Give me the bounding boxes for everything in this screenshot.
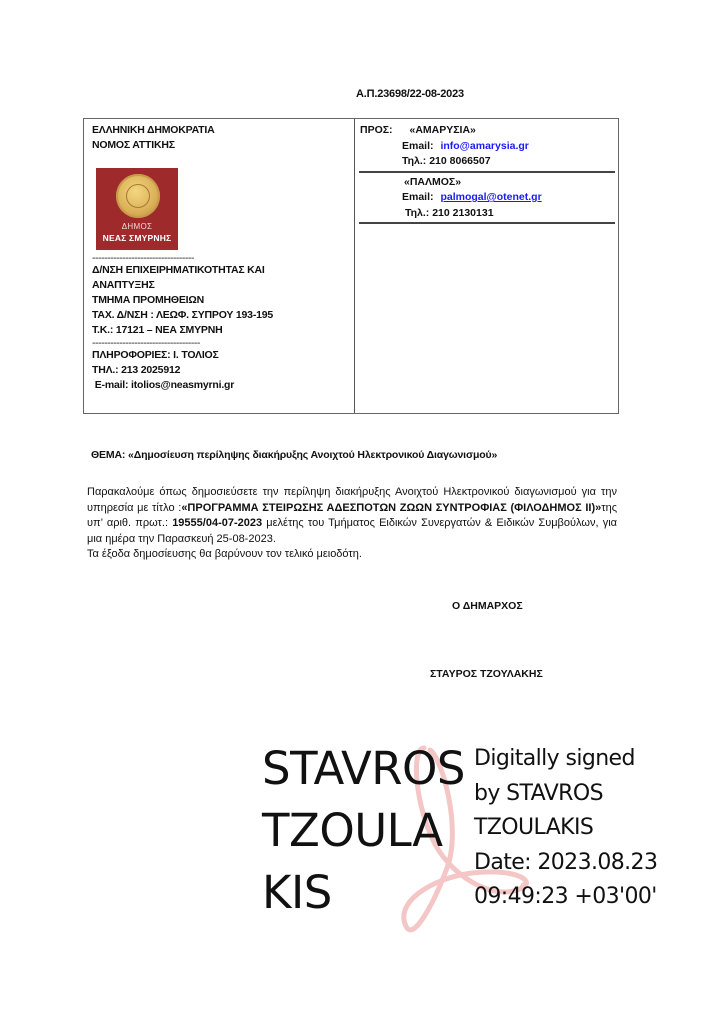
signatory-name: ΣΤΑΥΡΟΣ ΤΖΟΥΛΑΚΗΣ <box>430 668 543 680</box>
postal-code-line: Τ.Κ.: 17121 – ΝΕΑ ΣΜΥΡΝΗ <box>92 323 273 338</box>
signature-info-line: by STAVROS <box>474 777 657 812</box>
department-line: ΑΝΑΠΤΥΞΗΣ <box>92 278 273 293</box>
digital-signature: STAVROS TZOULA KIS Digitally signed by S… <box>262 738 682 928</box>
reference-number: Α.Π.23698/22-08-2023 <box>356 88 464 100</box>
signatory-title: Ο ΔΗΜΑΡΧΟΣ <box>452 600 523 612</box>
recipient-email-label: Email: <box>402 140 434 152</box>
recipient-divider <box>359 171 615 173</box>
sender-block: ΕΛΛΗΝΙΚΗ ΔΗΜΟΚΡΑΤΙΑ ΝΟΜΟΣ ΑΤΤΙΚΗΣ <box>92 123 214 153</box>
logo-text-dimos: ΔΗΜΟΣ <box>96 222 178 231</box>
recipient-name: «ΠΑΛΜΟΣ» <box>360 175 542 191</box>
department-line: ΤΜΗΜΑ ΠΡΟΜΗΘΕΙΩΝ <box>92 293 273 308</box>
coin-emblem-icon <box>116 174 160 218</box>
signature-name-large: STAVROS TZOULA KIS <box>262 738 465 924</box>
contact-person: ΠΛΗΡΟΦΟΡΙΕΣ: Ι. ΤΟΛΙΟΣ <box>92 348 273 363</box>
recipient-email-link[interactable]: info@amarysia.gr <box>440 140 528 152</box>
department-line: Δ/ΝΣΗ ΕΠΙΧΕΙΡΗΜΑΤΙΚΟΤΗΤΑΣ ΚΑΙ <box>92 263 273 278</box>
signature-details: Digitally signed by STAVROS TZOULAKIS Da… <box>474 742 657 915</box>
signature-name-line: TZOULA <box>262 800 465 862</box>
signature-name-line: STAVROS <box>262 738 465 800</box>
recipient-divider <box>359 222 615 224</box>
separator: ---------------------------------- <box>92 253 273 263</box>
recipient-email-link[interactable]: palmogal@otenet.gr <box>440 191 541 203</box>
signature-date: Date: 2023.08.23 <box>474 846 657 881</box>
contact-phone: ΤΗΛ.: 213 2025912 <box>92 363 273 378</box>
protocol-reference: 19555/04-07-2023 <box>172 517 262 529</box>
recipients-label: ΠΡΟΣ: <box>360 124 393 136</box>
subject-line: ΘΕΜΑ: «Δημοσίευση περίληψης διακήρυξης Α… <box>91 449 497 461</box>
separator: ------------------------------------ <box>92 338 273 348</box>
address-line: ΤΑΧ. Δ/ΝΣΗ : ΛΕΩΦ. ΣΥΠΡΟΥ 193-195 <box>92 308 273 323</box>
table-column-divider <box>354 119 355 413</box>
recipient-phone: Τηλ.: 210 8066507 <box>360 154 542 170</box>
sender-prefecture: ΝΟΜΟΣ ΑΤΤΙΚΗΣ <box>92 138 214 153</box>
contact-email[interactable]: E-mail: itolios@neasmyrni.gr <box>92 378 273 393</box>
signature-info-line: Digitally signed <box>474 742 657 777</box>
header-table: ΕΛΛΗΝΙΚΗ ΔΗΜΟΚΡΑΤΙΑ ΝΟΜΟΣ ΑΤΤΙΚΗΣ ΔΗΜΟΣ … <box>83 118 619 414</box>
sender-department-block: ---------------------------------- Δ/ΝΣΗ… <box>92 253 273 393</box>
recipient-email-label: Email: <box>402 191 434 203</box>
recipient-phone: Τηλ.: 210 2130131 <box>360 206 542 222</box>
signature-time: 09:49:23 +03'00' <box>474 880 657 915</box>
body-paragraph: Τα έξοδα δημοσίευσης θα βαρύνουν τον τελ… <box>87 547 617 563</box>
signature-name-line: KIS <box>262 862 465 924</box>
signature-info-line: TZOULAKIS <box>474 811 657 846</box>
body-paragraph: Παρακαλούμε όπως δημοσιεύσετε την περίλη… <box>87 485 617 547</box>
service-title: «ΠΡΟΓΡΑΜΜΑ ΣΤΕΙΡΩΣΗΣ ΑΔΕΣΠΟΤΩΝ ΖΩΩΝ ΣΥΝΤ… <box>181 502 601 514</box>
logo-text-city: ΝΕΑΣ ΣΜΥΡΝΗΣ <box>96 233 178 243</box>
letter-body: Παρακαλούμε όπως δημοσιεύσετε την περίλη… <box>87 485 617 563</box>
recipient-name: «ΑΜΑΡΥΣΙΑ» <box>409 124 475 136</box>
sender-country: ΕΛΛΗΝΙΚΗ ΔΗΜΟΚΡΑΤΙΑ <box>92 123 214 138</box>
municipality-logo: ΔΗΜΟΣ ΝΕΑΣ ΣΜΥΡΝΗΣ <box>96 168 178 250</box>
